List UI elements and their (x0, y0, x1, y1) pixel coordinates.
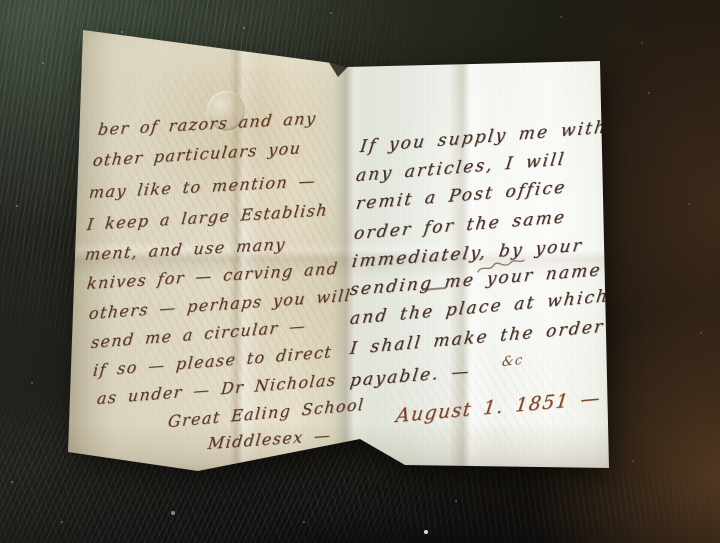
left-page-line: I keep a large Establish (86, 200, 329, 234)
table-speckles (0, 0, 2, 2)
letter-sheet: ber of razors and any other particulars … (60, 25, 615, 475)
left-page-line: ment, and use many (84, 234, 287, 264)
page-fold-gap (328, 61, 348, 77)
right-page-line: If you supply me with (359, 117, 609, 157)
left-page-line: others — perhaps you will (88, 286, 352, 324)
left-page-line: other particulars you (92, 138, 303, 170)
letter-photograph: ber of razors and any other particulars … (0, 0, 720, 543)
etcetera-mark: &c (501, 353, 524, 371)
left-page-line: may like to mention — (88, 171, 317, 202)
left-page-line: Middlesex — (207, 425, 332, 453)
letter-paper: ber of razors and any other particulars … (60, 25, 615, 475)
left-page-line: knives for — carving and (86, 259, 340, 294)
date-line: August 1. 1851 — (395, 387, 603, 427)
right-page-line: payable. — (349, 361, 472, 391)
